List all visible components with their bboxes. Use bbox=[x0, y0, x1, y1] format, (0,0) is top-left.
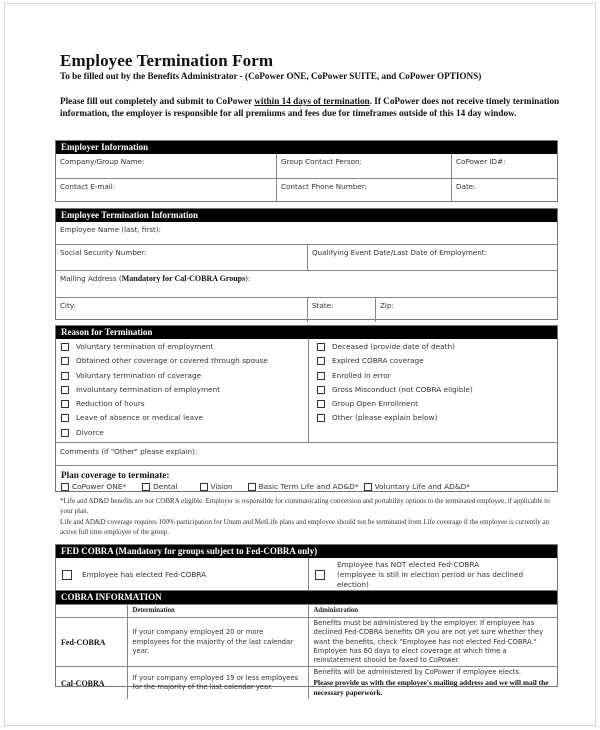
empty-header-cell bbox=[56, 605, 127, 618]
row-label: Fed-COBRA bbox=[56, 618, 127, 667]
plan-option-label: Dental bbox=[153, 482, 177, 491]
reason-option[interactable]: Divorce bbox=[61, 426, 308, 440]
checkbox[interactable] bbox=[61, 429, 69, 437]
checkbox[interactable] bbox=[200, 483, 208, 491]
checkbox[interactable] bbox=[248, 483, 256, 491]
determination-cell: If your company employed 20 or more empl… bbox=[127, 618, 308, 667]
plan-option-label: Vision bbox=[211, 482, 233, 491]
administration-cell: Benefits will be administered by CoPower… bbox=[308, 667, 557, 699]
reason-label: Involuntary termination of employment bbox=[76, 385, 220, 394]
plan-coverage-title: Plan coverage to terminate: bbox=[61, 470, 552, 480]
administration-cell: Benefits must be administered by the emp… bbox=[308, 618, 557, 667]
copower-id-field[interactable]: CoPower ID#: bbox=[451, 154, 557, 178]
reason-label: Deceased (provide date of death) bbox=[332, 342, 455, 351]
qualifying-event-date-field[interactable]: Qualifying Event Date/Last Date of Emplo… bbox=[307, 245, 557, 270]
option-label-line2: (employee is still in election period or… bbox=[337, 570, 523, 589]
reason-option[interactable]: Reduction of hours bbox=[61, 397, 308, 411]
contact-email-field[interactable]: Contact E-mail: bbox=[56, 179, 276, 202]
plan-option-dental[interactable]: Dental bbox=[142, 482, 177, 491]
reason-label: Other (please explain below) bbox=[332, 413, 437, 422]
checkbox[interactable] bbox=[62, 570, 72, 580]
checkbox[interactable] bbox=[315, 570, 325, 580]
group-contact-person-field[interactable]: Group Contact Person: bbox=[276, 154, 451, 178]
checkbox[interactable] bbox=[317, 400, 325, 408]
row-label: Cal-COBRA bbox=[56, 667, 127, 699]
employer-information-section: Employer Information Company/Group Name:… bbox=[55, 140, 558, 202]
plan-option-copower-one[interactable]: CoPower ONE* bbox=[61, 482, 126, 491]
employee-termination-section: Employee Termination Information Employe… bbox=[55, 208, 558, 320]
mailing-label: Mailing Address ( bbox=[60, 274, 122, 283]
reason-label: Obtained other coverage or covered throu… bbox=[76, 356, 268, 365]
life-participation-note: Life and AD&D coverage requires 100% par… bbox=[60, 518, 550, 537]
option-label: Employee has NOT elected Fed-COBRA(emplo… bbox=[337, 560, 557, 590]
reason-option[interactable]: Involuntary termination of employment bbox=[61, 383, 308, 397]
reason-option[interactable]: Gross Misconduct (not COBRA eligible) bbox=[317, 383, 557, 397]
reason-label: Gross Misconduct (not COBRA eligible) bbox=[332, 385, 473, 394]
reason-label: Group Open Enrollment bbox=[332, 399, 418, 408]
mailing-address-field[interactable]: Mailing Address (Mandatory for Cal-COBRA… bbox=[56, 271, 557, 297]
reason-option[interactable]: Group Open Enrollment bbox=[317, 397, 557, 411]
checkbox[interactable] bbox=[61, 483, 69, 491]
intro-deadline: within 14 days of termination bbox=[254, 96, 369, 106]
fed-cobra-not-elected-option[interactable]: Employee has NOT elected Fed-COBRA(emplo… bbox=[309, 558, 557, 591]
administration-text: Benefits will be administered by CoPower… bbox=[314, 668, 522, 676]
cobra-information-section: COBRA INFORMATION Determination Administ… bbox=[55, 590, 558, 687]
column-header-determination: Determination bbox=[127, 605, 308, 618]
section-header: Reason for Termination bbox=[56, 326, 557, 339]
table-header-row: Determination Administration bbox=[56, 605, 557, 618]
reason-for-termination-section: Reason for Termination Voluntary termina… bbox=[55, 325, 558, 492]
checkbox[interactable] bbox=[317, 357, 325, 365]
reason-list-right: Deceased (provide date of death) Expired… bbox=[309, 339, 557, 442]
determination-cell: If your company employed 19 or less empl… bbox=[127, 667, 308, 699]
option-label-line1: Employee has NOT elected Fed-COBRA bbox=[337, 560, 479, 569]
checkbox[interactable] bbox=[61, 400, 69, 408]
reason-label: Divorce bbox=[76, 428, 104, 437]
plan-option-basic-term-life[interactable]: Basic Term Life and AD&D* bbox=[248, 482, 359, 491]
reason-label: Reduction of hours bbox=[76, 399, 145, 408]
plan-option-voluntary-life[interactable]: Voluntary Life and AD&D* bbox=[364, 482, 470, 491]
zip-field[interactable]: Zip: bbox=[375, 298, 557, 322]
state-field[interactable]: State: bbox=[307, 298, 375, 322]
checkbox[interactable] bbox=[61, 357, 69, 365]
reason-option[interactable]: Deceased (provide date of death) bbox=[317, 340, 557, 354]
plan-option-vision[interactable]: Vision bbox=[200, 482, 233, 491]
reason-option[interactable]: Enrolled in error bbox=[317, 369, 557, 383]
employee-name-field[interactable]: Employee Name (last, first): bbox=[56, 222, 557, 244]
comments-field[interactable]: Comments (if "Other" please explain): bbox=[56, 442, 557, 465]
plan-option-label: Basic Term Life and AD&D* bbox=[259, 482, 359, 491]
option-label: Employee has elected Fed-COBRA bbox=[82, 570, 206, 579]
reason-option[interactable]: Other (please explain below) bbox=[317, 411, 557, 425]
mailing-label-suffix: ): bbox=[245, 274, 250, 283]
plan-option-label: CoPower ONE* bbox=[72, 482, 126, 491]
checkbox[interactable] bbox=[61, 372, 69, 380]
reason-option[interactable]: Obtained other coverage or covered throu… bbox=[61, 354, 308, 368]
section-header: Employee Termination Information bbox=[56, 209, 557, 222]
reason-option[interactable]: Voluntary termination of coverage bbox=[61, 369, 308, 383]
ssn-field[interactable]: Social Security Number: bbox=[56, 245, 307, 270]
checkbox[interactable] bbox=[61, 386, 69, 394]
intro-text: Please fill out completely and submit to… bbox=[60, 96, 254, 106]
reason-label: Expired COBRA coverage bbox=[332, 356, 424, 365]
checkbox[interactable] bbox=[61, 414, 69, 422]
section-header: FED COBRA (Mandatory for groups subject … bbox=[56, 545, 557, 558]
reason-label: Voluntary termination of coverage bbox=[76, 371, 201, 380]
reason-option[interactable]: Expired COBRA coverage bbox=[317, 354, 557, 368]
checkbox[interactable] bbox=[364, 483, 372, 491]
cobra-information-table: Determination Administration Fed-COBRA I… bbox=[56, 604, 557, 699]
fed-cobra-elected-option[interactable]: Employee has elected Fed-COBRA bbox=[56, 558, 309, 591]
life-add-note: *Life and AD&D benefits are not COBRA el… bbox=[60, 497, 550, 516]
city-field[interactable]: City: bbox=[56, 298, 307, 322]
date-field[interactable]: Date: bbox=[451, 179, 557, 202]
reason-option[interactable]: Voluntary termination of employment bbox=[61, 340, 308, 354]
plan-coverage-group: Plan coverage to terminate: CoPower ONE*… bbox=[56, 465, 557, 493]
table-row: Cal-COBRA If your company employed 19 or… bbox=[56, 667, 557, 699]
reason-list-left: Voluntary termination of employment Obta… bbox=[56, 339, 309, 442]
table-row: Fed-COBRA If your company employed 20 or… bbox=[56, 618, 557, 667]
intro-paragraph: Please fill out completely and submit to… bbox=[60, 96, 560, 119]
column-header-administration: Administration bbox=[308, 605, 557, 618]
checkbox[interactable] bbox=[142, 483, 150, 491]
reason-option[interactable]: Leave of absence or medical leave bbox=[61, 411, 308, 425]
contact-phone-field[interactable]: Contact Phone Number: bbox=[276, 179, 451, 202]
page-title: Employee Termination Form bbox=[60, 51, 273, 71]
administration-bold-text: Please provide us with the employee's ma… bbox=[314, 678, 549, 697]
section-header: Employer Information bbox=[56, 141, 557, 154]
fed-cobra-section: FED COBRA (Mandatory for groups subject … bbox=[55, 544, 558, 591]
checkbox[interactable] bbox=[61, 343, 69, 351]
mailing-mandatory-note: Mandatory for Cal-COBRA Groups bbox=[122, 274, 246, 283]
checkbox[interactable] bbox=[317, 343, 325, 351]
page-subtitle: To be filled out by the Benefits Adminis… bbox=[60, 71, 481, 81]
reason-label: Leave of absence or medical leave bbox=[76, 413, 203, 422]
checkbox[interactable] bbox=[317, 414, 325, 422]
plan-option-label: Voluntary Life and AD&D* bbox=[375, 482, 470, 491]
checkbox[interactable] bbox=[317, 386, 325, 394]
section-header: COBRA INFORMATION bbox=[56, 591, 557, 604]
checkbox[interactable] bbox=[317, 372, 325, 380]
reason-label: Voluntary termination of employment bbox=[76, 342, 213, 351]
reason-label: Enrolled in error bbox=[332, 371, 391, 380]
company-name-field[interactable]: Company/Group Name: bbox=[56, 154, 276, 178]
